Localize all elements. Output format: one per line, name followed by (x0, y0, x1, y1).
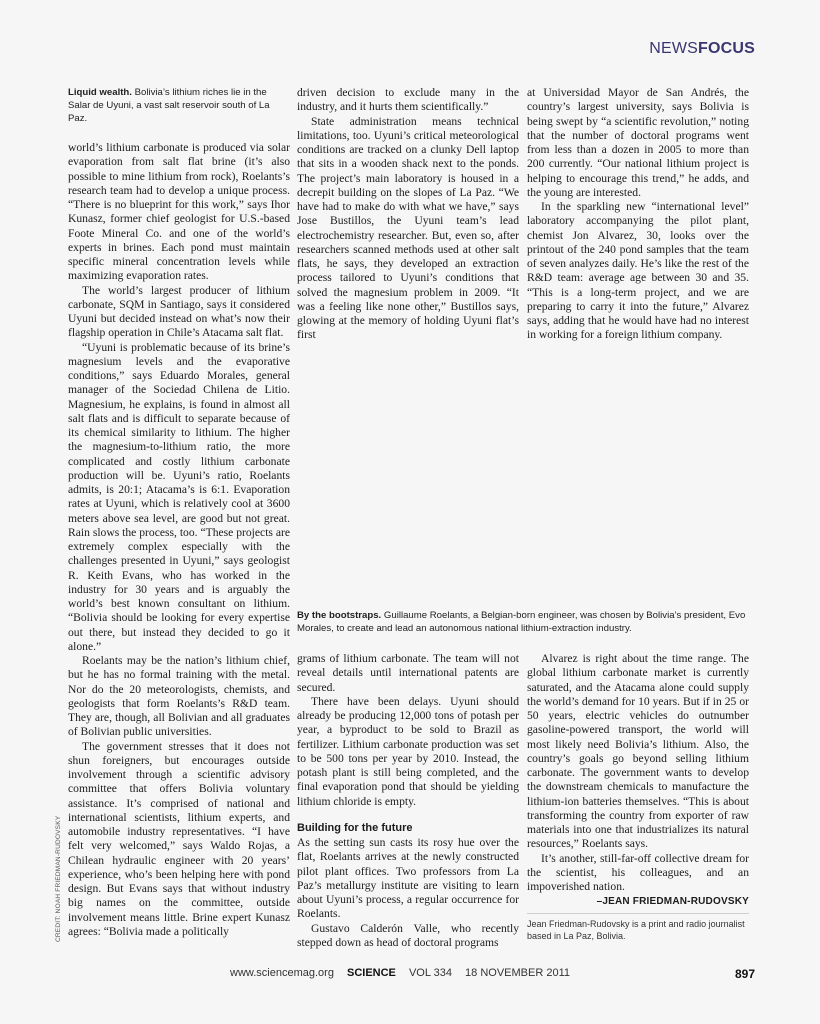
top-photo-caption: Liquid wealth. Bolivia’s lithium riches … (68, 86, 290, 125)
footer-date: 18 NOVEMBER 2011 (465, 967, 570, 979)
paragraph: The world’s largest producer of lithium … (68, 284, 290, 341)
section-subhead: Building for the future (297, 821, 519, 835)
photo-placeholder (297, 345, 753, 600)
paragraph: It’s another, still-far-off collective d… (527, 852, 749, 895)
column-3-top: at Universidad Mayor de San Andrés, the … (527, 86, 749, 343)
paragraph: As the setting sun casts its rosy hue ov… (297, 836, 519, 922)
column-2-top: driven decision to exclude many in the i… (297, 86, 519, 343)
column-3-bottom-body: Alvarez is right about the time range. T… (527, 652, 749, 894)
caption-lead: Liquid wealth. (68, 87, 132, 98)
author-byline: –JEAN FRIEDMAN-RUDOVSKY (527, 896, 749, 907)
page-footer: www.sciencemag.org SCIENCE VOL 334 18 NO… (230, 967, 755, 979)
section-label-news: NEWS (649, 40, 698, 57)
column-1: Liquid wealth. Bolivia’s lithium riches … (68, 86, 290, 939)
paragraph: driven decision to exclude many in the i… (297, 86, 519, 115)
paragraph: Roelants may be the nation’s lithium chi… (68, 654, 290, 740)
section-label: NEWSFOCUS (649, 40, 755, 58)
paragraph: The government stresses that it does not… (68, 740, 290, 940)
section-label-focus: FOCUS (698, 40, 755, 57)
author-bio: Jean Friedman-Rudovsky is a print and ra… (527, 913, 749, 942)
paragraph: Gustavo Calderón Valle, who recently ste… (297, 922, 519, 951)
photo-credit: CREDIT: NOAH FRIEDMAN-RUDOVSKY (55, 816, 62, 942)
footer-url[interactable]: www.sciencemag.org (230, 967, 334, 979)
footer-volume: VOL 334 (409, 967, 452, 979)
paragraph: Alvarez is right about the time range. T… (527, 652, 749, 852)
caption-lead: By the bootstraps. (297, 610, 381, 621)
paragraph: “Uyuni is problematic because of its bri… (68, 341, 290, 655)
column-3-bottom: Alvarez is right about the time range. T… (527, 652, 749, 942)
footer-journal: SCIENCE (347, 967, 396, 979)
paragraph: grams of lithium carbonate. The team wil… (297, 652, 519, 695)
paragraph: In the sparkling new “international leve… (527, 200, 749, 343)
column-2-bottom: grams of lithium carbonate. The team wil… (297, 652, 519, 950)
page-number: 897 (735, 967, 755, 981)
paragraph: There have been delays. Uyuni should alr… (297, 695, 519, 809)
column-1-body: world’s lithium carbonate is produced vi… (68, 141, 290, 939)
paragraph: at Universidad Mayor de San Andrés, the … (527, 86, 749, 200)
bootstraps-photo-caption: By the bootstraps. Guillaume Roelants, a… (297, 609, 753, 635)
paragraph: State administration means technical lim… (297, 115, 519, 343)
paragraph: world’s lithium carbonate is produced vi… (68, 141, 290, 284)
